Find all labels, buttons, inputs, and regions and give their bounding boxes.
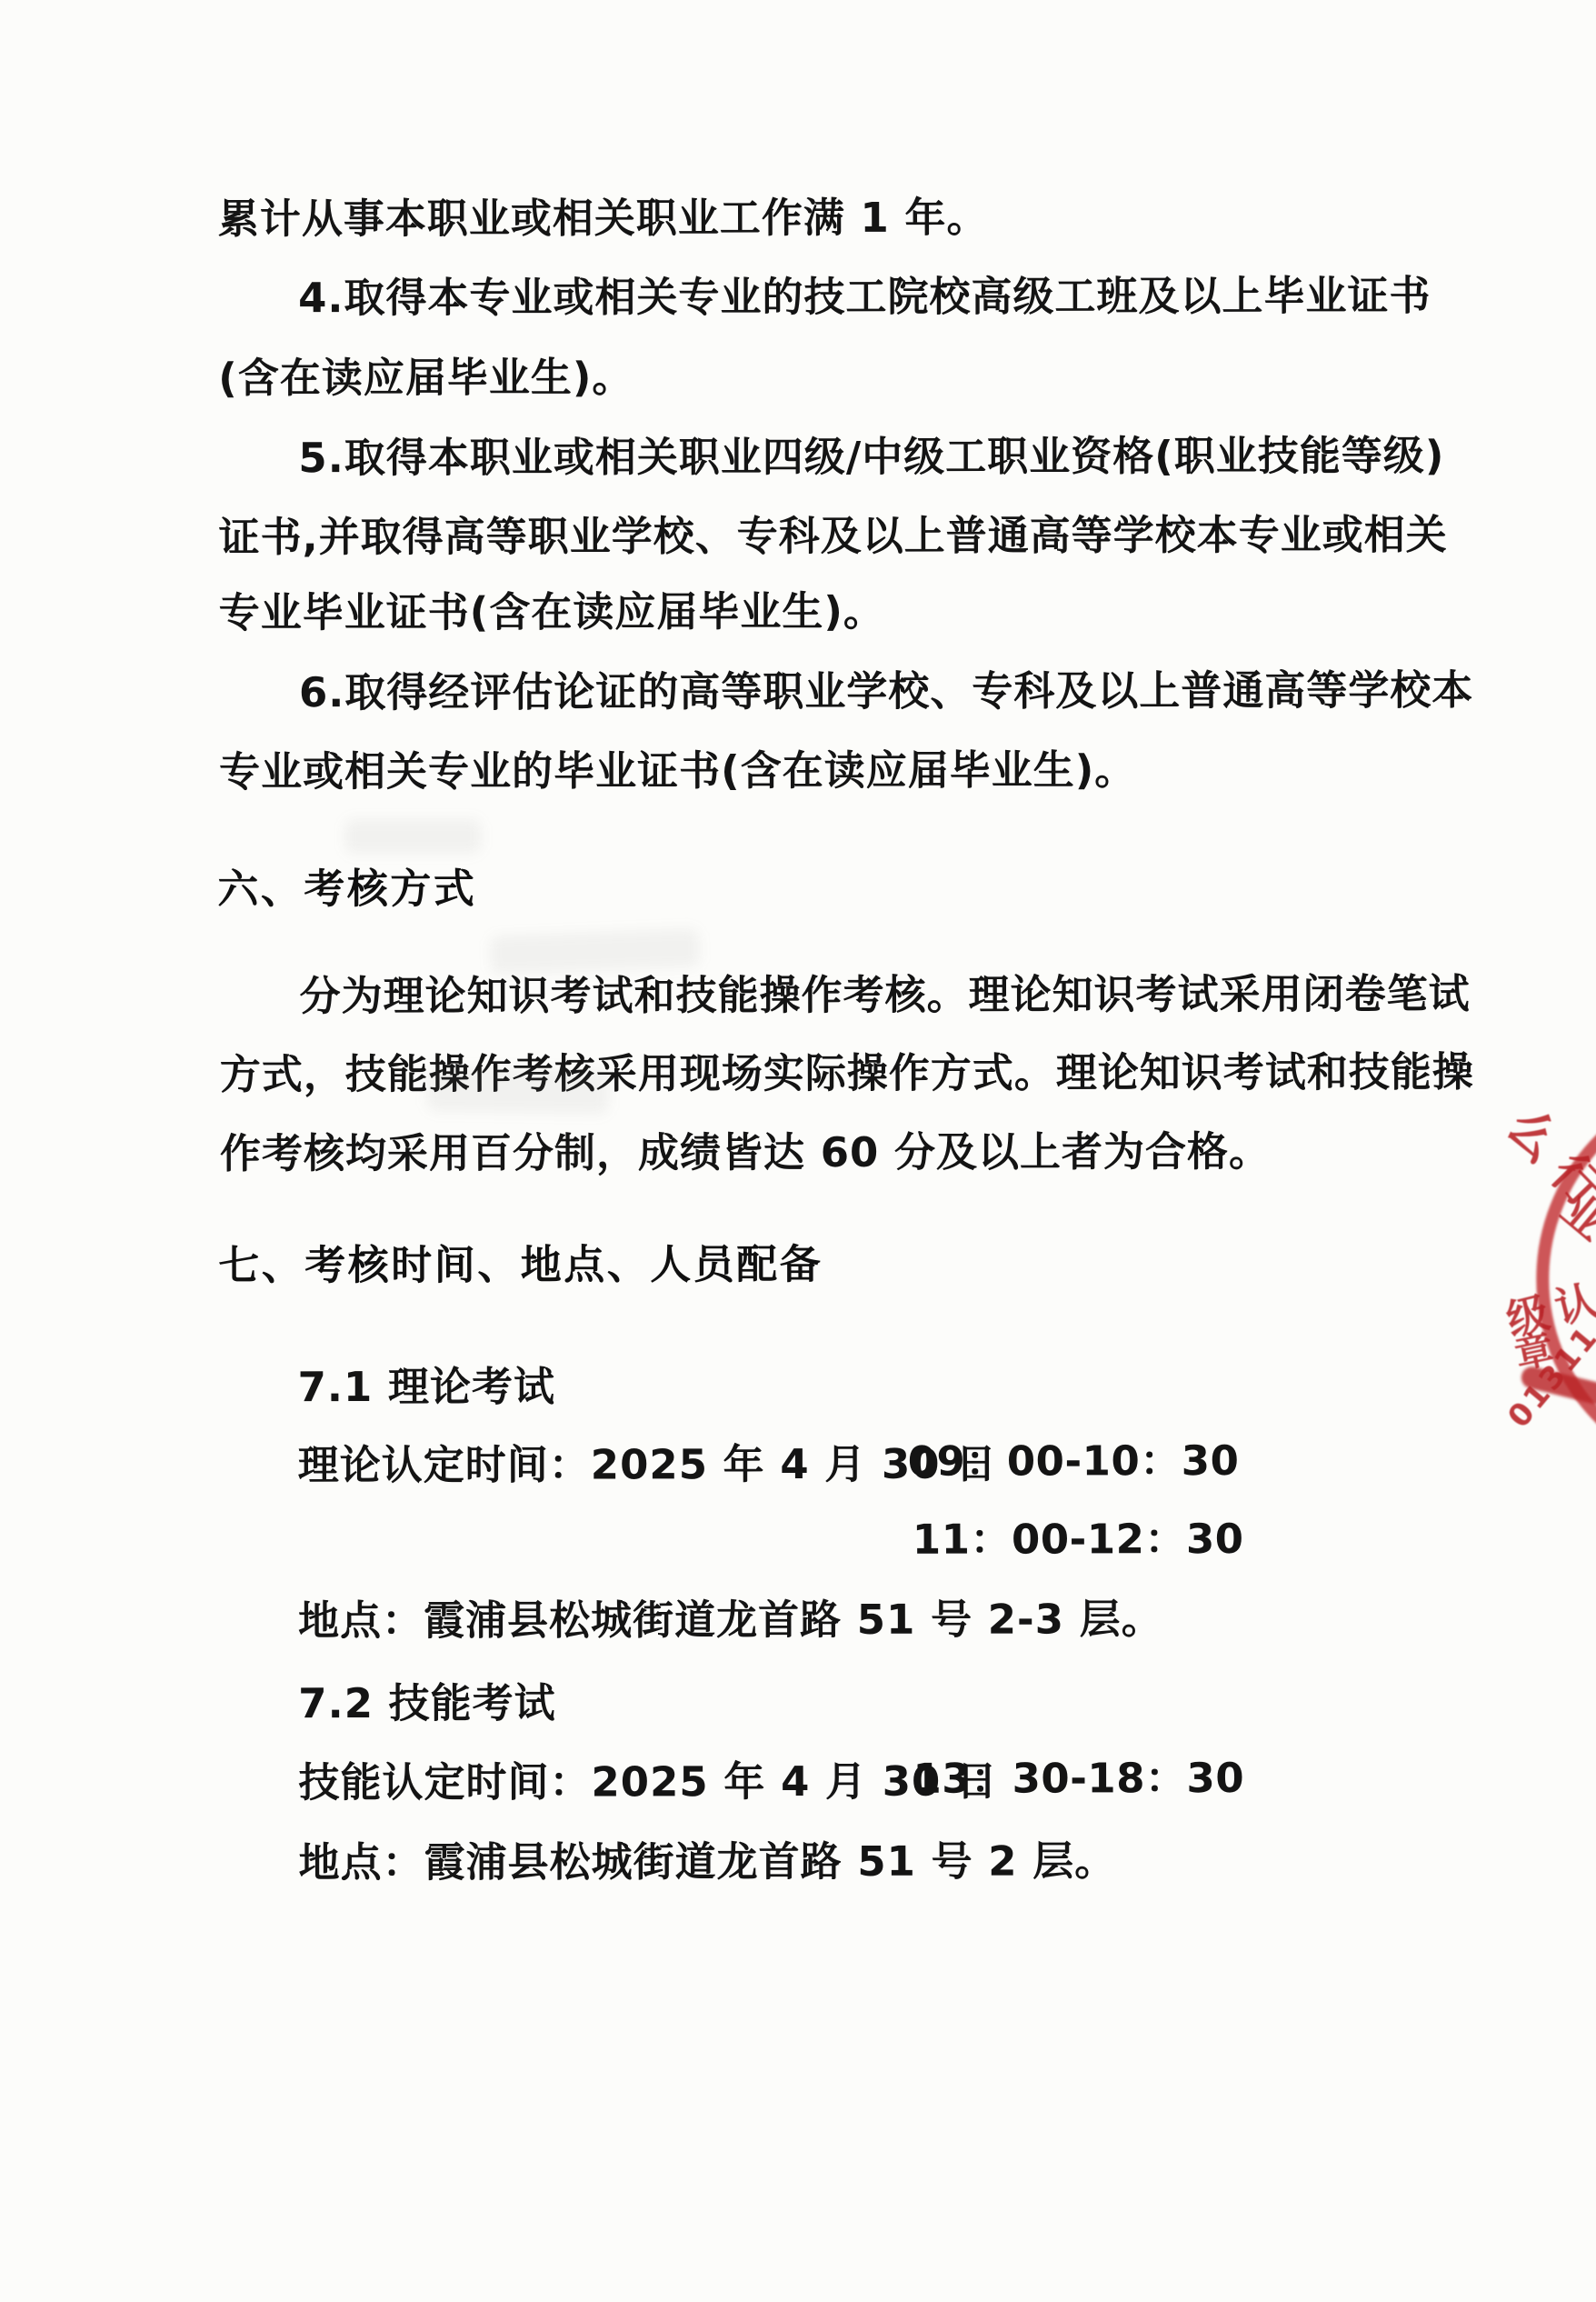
theory-exam-time-label: 理论认定时间：2025 年 4 月 30 日: [298, 1442, 998, 1488]
body-text-line: 累计从事本职业或相关职业工作满 1 年。: [218, 195, 989, 242]
stamp-text-fragment: 级认: [1500, 1266, 1596, 1348]
theory-exam-location: 地点：霞浦县松城街道龙首路 51 号 2-3 层。: [298, 1596, 1163, 1643]
body-text-line: 分为理论知识考试和技能操作考核。理论知识考试采用闭卷笔试: [300, 971, 1471, 1018]
stamp-arc-stroke: [1519, 1365, 1596, 1411]
theory-time-slot-1: 09：00-10：30: [908, 1438, 1240, 1484]
stamp-serial-fragment: 01311: [1501, 1318, 1596, 1435]
skill-exam-time-label: 技能认定时间：2025 年 4 月 30 日: [298, 1759, 998, 1806]
stamp-text-fragment: 业: [1551, 1176, 1596, 1252]
theory-time-slot-2: 11：00-12：30: [913, 1516, 1244, 1562]
section-heading-7: 七、考核时间、地点、人员配备: [218, 1242, 823, 1288]
body-text-line: 作考核均采用百分制，成绩皆达 60 分及以上者为合格。: [220, 1129, 1271, 1176]
stamp-text-fragment: 章: [1510, 1319, 1559, 1380]
stamp-ring: [1536, 1075, 1596, 1483]
bleed-through-artifact: [344, 819, 481, 854]
body-text-line: 证书,并取得高等职业学校、专科及以上普通高等学校本专业或相关: [219, 513, 1448, 560]
condition-item-6: 6.取得经评估论证的高等职业学校、专科及以上普通高等学校本: [299, 667, 1474, 715]
bleed-through-artifact: [427, 1067, 610, 1114]
body-text-line: 专业毕业证书(含在读应届毕业生)。: [219, 589, 885, 636]
body-text-line: (含在读应届毕业生)。: [218, 355, 633, 400]
section-heading-6: 六、考核方式: [217, 866, 476, 912]
subsection-7-2: 7.2 技能考试: [298, 1681, 555, 1726]
body-text-line: 专业或相关专业的毕业证书(含在读应届毕业生)。: [219, 747, 1136, 795]
condition-item-5: 5.取得本职业或相关职业四级/中级工职业资格(职业技能等级): [298, 434, 1444, 481]
bleed-through-artifact: [490, 928, 700, 974]
scanned-document-page: 累计从事本职业或相关职业工作满 1 年。 4.取得本专业或相关专业的技工院校高级…: [0, 0, 1596, 2302]
skill-time-slot: 13：30-18：30: [913, 1756, 1244, 1801]
body-text-line: 方式，技能操作考核采用现场实际操作方式。理论知识考试和技能操: [220, 1049, 1474, 1096]
stamp-text-fragment: 么行: [1494, 1091, 1596, 1231]
document-content: 累计从事本职业或相关职业工作满 1 年。 4.取得本专业或相关专业的技工院校高级…: [0, 0, 1596, 2302]
condition-item-4: 4.取得本专业或相关专业的技工院校高级工班及以上毕业证书: [298, 274, 1431, 321]
skill-exam-location: 地点：霞浦县松城街道龙首路 51 号 2 层。: [299, 1838, 1117, 1885]
subsection-7-1: 7.1 理论考试: [297, 1365, 554, 1410]
